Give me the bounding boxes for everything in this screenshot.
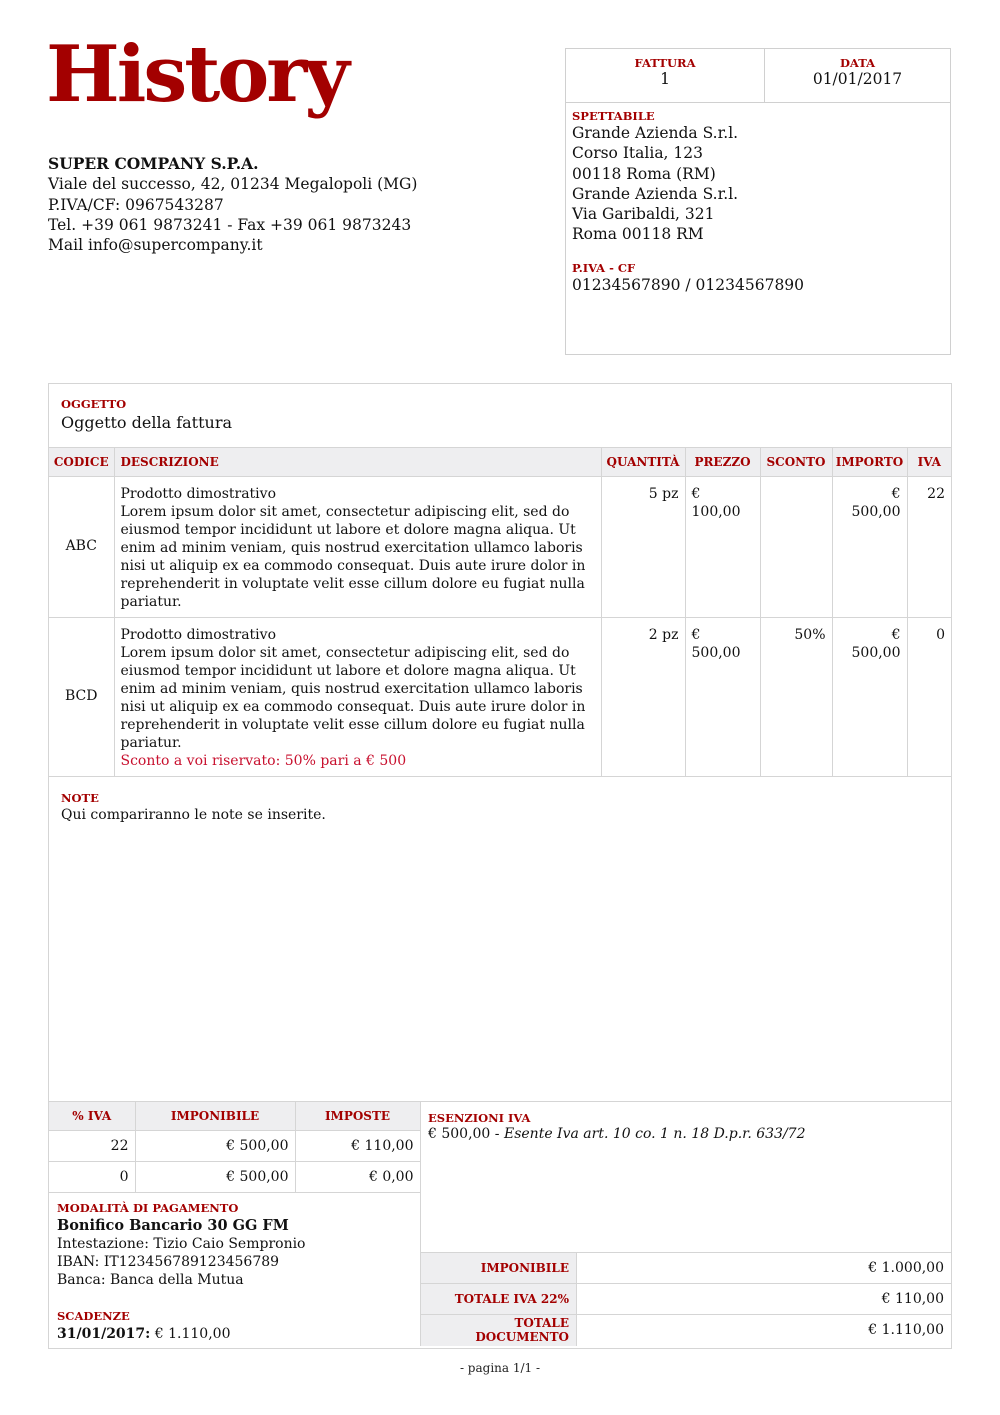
item-quantity: 2 pz [601, 617, 685, 776]
company-mail: Mail info@supercompany.it [48, 235, 417, 255]
item-code: ABC [49, 476, 114, 617]
item-vat: 0 [907, 617, 951, 776]
item-discount: 50% [760, 617, 832, 776]
table-row: 22 € 500,00 € 110,00 [49, 1130, 420, 1161]
item-description: Lorem ipsum dolor sit amet, consectetur … [121, 644, 595, 753]
vat-taxable: € 500,00 [135, 1161, 295, 1192]
vat-exemptions: ESENZIONI IVA € 500,00 - Esente Iva art.… [420, 1102, 951, 1252]
items-header-row: CODICE DESCRIZIONE QUANTITÀ PREZZO SCONT… [49, 448, 951, 476]
totals-row: TOTALE IVA 22% € 110,00 [421, 1284, 952, 1315]
recipient-label: SPETTABILE [572, 109, 944, 123]
total-document-value: € 1.110,00 [577, 1315, 952, 1346]
due-label: SCADENZE [57, 1307, 412, 1325]
recipient-line: Roma 00118 RM [572, 224, 944, 244]
company-vat: P.IVA/CF: 0967543287 [48, 195, 417, 215]
company-address: Viale del successo, 42, 01234 Megalopoli… [48, 174, 417, 194]
subject-value: Oggetto della fattura [61, 413, 939, 432]
vat-rate: 0 [49, 1161, 135, 1192]
totals-row: IMPONIBILE € 1.000,00 [421, 1253, 952, 1284]
invoice-date-cell: DATA 01/01/2017 [764, 49, 950, 102]
item-price: € 500,00 [685, 617, 760, 776]
notes-section: NOTE Qui compariranno le note se inserit… [49, 777, 951, 837]
due-date: 31/01/2017: [57, 1326, 150, 1342]
subject-label: OGGETTO [61, 397, 939, 411]
notes-label: NOTE [61, 791, 939, 805]
item-quantity: 5 pz [601, 476, 685, 617]
due-amount: € 1.110,00 [150, 1326, 230, 1342]
vat-summary-table: % IVA IMPONIBILE IMPOSTE 22 € 500,00 € 1… [49, 1102, 421, 1193]
invoice-date: 01/01/2017 [765, 70, 950, 88]
recipient-vat: 01234567890 / 01234567890 [572, 275, 944, 295]
item-description-cell: Prodotto dimostrativo Lorem ipsum dolor … [114, 476, 601, 617]
items-table: CODICE DESCRIZIONE QUANTITÀ PREZZO SCONT… [49, 448, 951, 777]
payment-method: Bonifico Bancario 30 GG FM [57, 1217, 412, 1235]
vat-header-row: % IVA IMPONIBILE IMPOSTE [49, 1102, 420, 1130]
company-phone: Tel. +39 061 9873241 - Fax +39 061 98732… [48, 215, 417, 235]
summary-section: % IVA IMPONIBILE IMPOSTE 22 € 500,00 € 1… [49, 1101, 951, 1348]
item-discount [760, 476, 832, 617]
col-description: DESCRIZIONE [114, 448, 601, 476]
payment-iban: IBAN: IT123456789123456789 [57, 1253, 412, 1271]
col-vat: IVA [907, 448, 951, 476]
total-vat-value: € 110,00 [577, 1284, 952, 1315]
item-discount-note: Sconto a voi riservato: 50% pari a € 500 [121, 752, 595, 770]
subject-section: OGGETTO Oggetto della fattura [49, 384, 951, 448]
item-title: Prodotto dimostrativo [121, 626, 595, 644]
due-entry: 31/01/2017: € 1.110,00 [57, 1325, 412, 1343]
exemption-text: Esente Iva art. 10 co. 1 n. 18 D.p.r. 63… [504, 1126, 806, 1142]
exemptions-label: ESENZIONI IVA [428, 1111, 944, 1125]
vat-taxable: € 500,00 [135, 1130, 295, 1161]
totals: IMPONIBILE € 1.000,00 TOTALE IVA 22% € 1… [420, 1252, 951, 1346]
payment-bank: Banca: Banca della Mutua [57, 1271, 412, 1289]
recipient-block: SPETTABILE Grande Azienda S.r.l. Corso I… [566, 103, 950, 295]
total-vat-label: TOTALE IVA 22% [421, 1284, 577, 1315]
payment-label: MODALITÀ DI PAGAMENTO [57, 1199, 412, 1217]
col-vat-rate: % IVA [49, 1102, 135, 1130]
item-title: Prodotto dimostrativo [121, 485, 595, 503]
item-amount: € 500,00 [832, 476, 907, 617]
notes-value: Qui compariranno le note se inserite. [61, 807, 939, 823]
recipient-line: Corso Italia, 123 [572, 143, 944, 163]
invoice-number-cell: FATTURA 1 [566, 49, 764, 102]
col-quantity: QUANTITÀ [601, 448, 685, 476]
item-description: Lorem ipsum dolor sit amet, consectetur … [121, 503, 595, 612]
col-code: CODICE [49, 448, 114, 476]
col-amount: IMPORTO [832, 448, 907, 476]
col-tax: IMPOSTE [295, 1102, 420, 1130]
table-row: BCD Prodotto dimostrativo Lorem ipsum do… [49, 617, 951, 776]
invoice-number: 1 [566, 70, 764, 88]
invoice-number-label: FATTURA [566, 56, 764, 70]
payment-holder: Intestazione: Tizio Caio Sempronio [57, 1235, 412, 1253]
total-taxable-label: IMPONIBILE [421, 1253, 577, 1284]
recipient-line: Grande Azienda S.r.l. [572, 184, 944, 204]
table-row: 0 € 500,00 € 0,00 [49, 1161, 420, 1192]
totals-table: IMPONIBILE € 1.000,00 TOTALE IVA 22% € 1… [420, 1252, 951, 1346]
table-row: ABC Prodotto dimostrativo Lorem ipsum do… [49, 476, 951, 617]
page-number: - pagina 1/1 - [0, 1361, 1000, 1375]
item-amount: € 500,00 [832, 617, 907, 776]
totals-row: TOTALE DOCUMENTO € 1.110,00 [421, 1315, 952, 1346]
issuer-block: SUPER COMPANY S.P.A. Viale del successo,… [48, 154, 417, 255]
company-logo: History [46, 36, 347, 114]
invoice-info-box: FATTURA 1 DATA 01/01/2017 SPETTABILE Gra… [565, 48, 951, 355]
item-vat: 22 [907, 476, 951, 617]
item-price: € 100,00 [685, 476, 760, 617]
vat-rate: 22 [49, 1130, 135, 1161]
total-taxable-value: € 1.000,00 [577, 1253, 952, 1284]
vat-tax: € 0,00 [295, 1161, 420, 1192]
total-document-label: TOTALE DOCUMENTO [421, 1315, 577, 1346]
company-name: SUPER COMPANY S.P.A. [48, 154, 417, 174]
vat-summary: % IVA IMPONIBILE IMPOSTE 22 € 500,00 € 1… [49, 1102, 420, 1193]
invoice-date-label: DATA [765, 56, 950, 70]
exemption-amount: € 500,00 - [428, 1126, 504, 1142]
vat-tax: € 110,00 [295, 1130, 420, 1161]
recipient-line: 00118 Roma (RM) [572, 164, 944, 184]
recipient-vat-label: P.IVA - CF [572, 261, 944, 275]
col-taxable: IMPONIBILE [135, 1102, 295, 1130]
invoice-body: OGGETTO Oggetto della fattura CODICE DES… [48, 383, 952, 1349]
item-code: BCD [49, 617, 114, 776]
item-description-cell: Prodotto dimostrativo Lorem ipsum dolor … [114, 617, 601, 776]
col-discount: SCONTO [760, 448, 832, 476]
recipient-line: Via Garibaldi, 321 [572, 204, 944, 224]
recipient-line: Grande Azienda S.r.l. [572, 123, 944, 143]
payment-section: MODALITÀ DI PAGAMENTO Bonifico Bancario … [49, 1192, 420, 1350]
col-price: PREZZO [685, 448, 760, 476]
